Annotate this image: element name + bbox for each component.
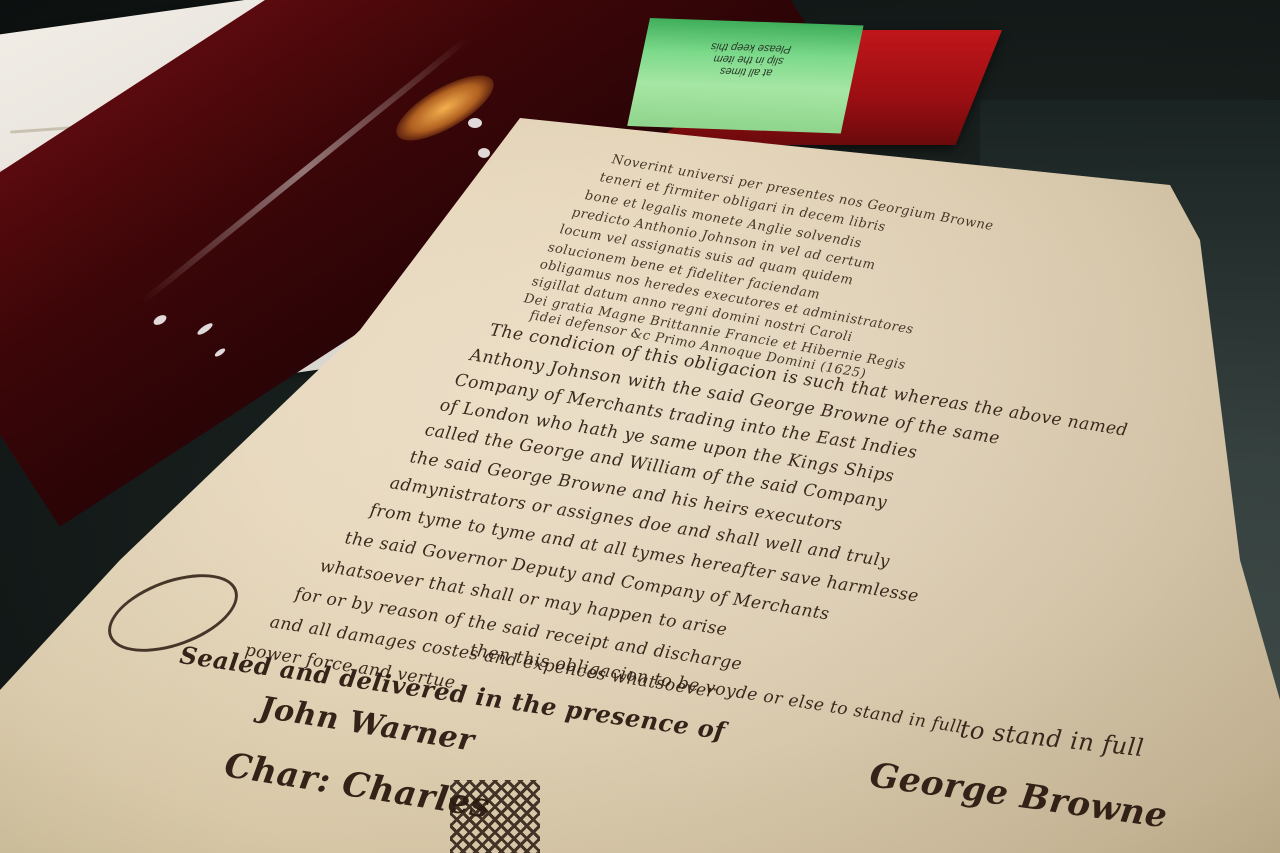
reflection-highlight — [468, 118, 482, 128]
reader-slip: at all times slip in the item Please kee… — [627, 18, 863, 133]
archive-photo: at all times slip in the item Please kee… — [0, 0, 1280, 853]
reflection-highlight — [478, 148, 490, 158]
slip-instruction: at all times slip in the item Please kee… — [705, 40, 793, 79]
cross-hatch-mark — [450, 780, 540, 853]
